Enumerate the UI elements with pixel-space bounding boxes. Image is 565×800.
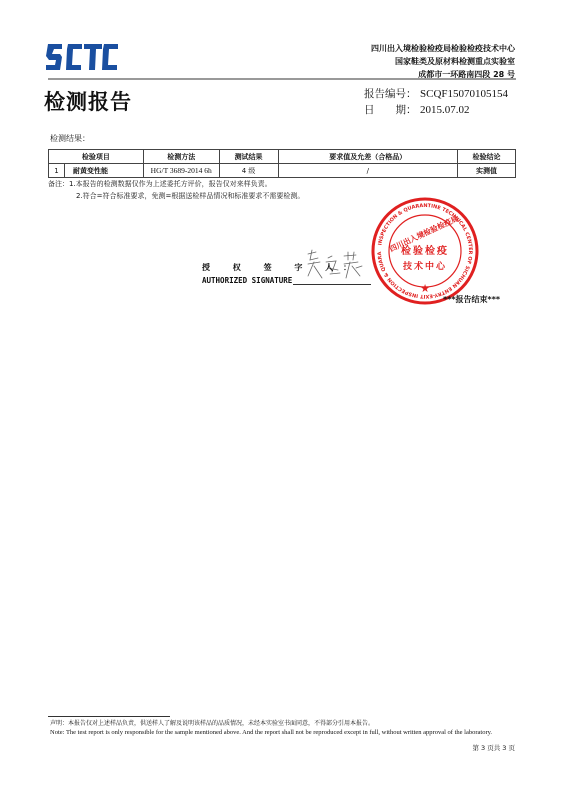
seal-line-2: 检验检疫 <box>401 244 449 257</box>
org-line: 四川出入境检验检疫局检验检疫技术中心 <box>371 42 515 55</box>
col-header-result: 测试结果 <box>219 150 278 164</box>
col-header-item: 检验项目 <box>49 150 144 164</box>
cell-result: 4 级 <box>219 164 278 178</box>
cell-requirement: / <box>278 164 458 178</box>
statement-cn: 声明：本报告仅对上述样品负责，供送样人了解及说明该样品的品质情况，未经本实验室书… <box>50 719 520 728</box>
signer-label-en: AUTHORIZED SIGNATURE <box>202 276 292 285</box>
notes: 备注：1.本报告的检测数据仅作为上述委托方评价，报告仅对来样负责。 2.符合=符… <box>48 178 304 202</box>
page-number: 第 3 页共 3 页 <box>472 743 515 752</box>
footer-divider <box>48 716 170 717</box>
authorized-signer: 授 权 签 字 人： AUTHORIZED SIGNATURE <box>202 262 371 285</box>
seal-star-icon: ★ <box>420 282 430 295</box>
cell-method: HG/T 3689-2014 6h <box>143 164 219 178</box>
col-header-requirement: 要求值及允差（合格品） <box>278 150 458 164</box>
cell-no: 1 <box>49 164 65 178</box>
report-end-mark: ***报告结束*** <box>443 294 500 305</box>
note-line: 1.本报告的检测数据仅作为上述委托方评价，报告仅对来样负责。 <box>69 180 272 188</box>
note-line: 2.符合=符合标准要求，免测=根据送检样品情况和标准要求不需要检测。 <box>48 190 304 202</box>
table-row: 1 耐黄变性能 HG/T 3689-2014 6h 4 级 / 实测值 <box>49 164 516 178</box>
official-seal: INSPECTION & QUARANTINE TECHNICAL CENTER… <box>370 196 480 306</box>
signer-label-cn: 授 权 签 字 人： <box>202 262 371 273</box>
report-no-label: 报告编号： <box>364 86 420 102</box>
report-meta: 报告编号：SCQF15070105154 日 期：2015.07.02 <box>364 86 508 118</box>
header-divider <box>48 78 516 80</box>
col-header-method: 检测方法 <box>143 150 219 164</box>
report-title: 检测报告 <box>44 86 132 116</box>
notes-label: 备注： <box>48 180 69 188</box>
footer-statement: 声明：本报告仅对上述样品负责，供送样人了解及说明该样品的品质情况，未经本实验室书… <box>50 719 520 737</box>
statement-en: Note: The test report is only responsibl… <box>50 728 520 737</box>
signature-line <box>293 284 371 285</box>
org-line: 国家鞋类及原材料检测重点实验室 <box>371 55 515 68</box>
results-label: 检测结果： <box>50 133 90 144</box>
table-header-row: 检验项目 检测方法 测试结果 要求值及允差（合格品） 检验结论 <box>49 150 516 164</box>
seal-line-3: 技术中心 <box>402 260 447 272</box>
date-label: 日 期： <box>364 102 420 118</box>
results-table: 检验项目 检测方法 测试结果 要求值及允差（合格品） 检验结论 1 耐黄变性能 … <box>48 149 516 178</box>
report-no: SCQF15070105154 <box>420 88 508 100</box>
col-header-conclusion: 检验结论 <box>458 150 516 164</box>
report-date: 2015.07.02 <box>420 104 470 116</box>
cell-conclusion: 实测值 <box>458 164 516 178</box>
organization-info: 四川出入境检验检疫局检验检疫技术中心 国家鞋类及原材料检测重点实验室 成都市一环… <box>371 42 515 81</box>
cell-item: 耐黄变性能 <box>64 164 143 178</box>
sctc-logo <box>46 42 118 72</box>
